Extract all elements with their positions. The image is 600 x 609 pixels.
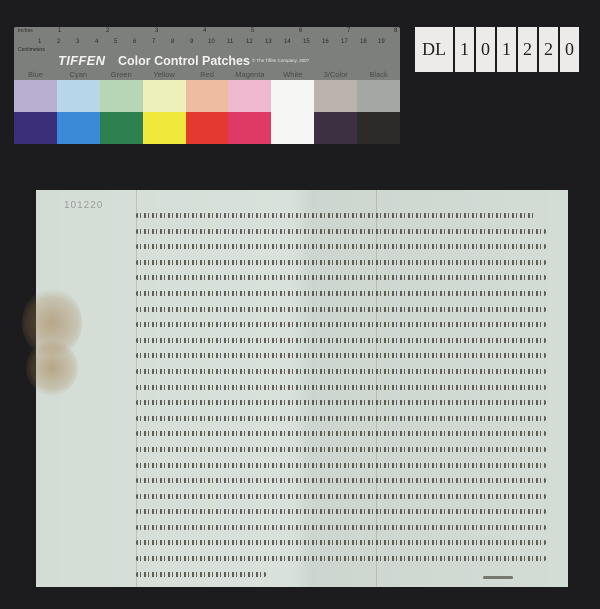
patch-3-color — [314, 80, 357, 144]
text-line — [136, 380, 561, 396]
patch-green — [100, 80, 143, 144]
patch-label: Magenta — [228, 70, 271, 80]
water-stain — [26, 340, 78, 396]
handwritten-text — [136, 208, 561, 582]
patch-label: Green — [100, 70, 143, 80]
id-prefix: DL — [415, 27, 453, 72]
patch-labels: Blue Cyan Green Yellow Red Magenta White… — [14, 70, 400, 80]
id-digit: 1 — [497, 27, 516, 72]
text-line — [136, 551, 561, 567]
text-line — [136, 489, 561, 505]
patch-yellow — [143, 80, 186, 144]
text-line — [136, 317, 561, 333]
card-title: Color Control Patches — [118, 54, 250, 68]
id-digit: 0 — [560, 27, 579, 72]
document-id-label: DL 1 0 1 2 2 0 — [415, 27, 581, 72]
text-line — [136, 239, 561, 255]
patch-blue — [14, 80, 57, 144]
id-digit: 1 — [455, 27, 474, 72]
text-line — [136, 208, 561, 224]
text-line — [136, 270, 561, 286]
id-digit: 0 — [476, 27, 495, 72]
ruler: Inches Centimeters 1 2 3 4 5 6 7 8 1 2 3… — [14, 27, 400, 55]
text-line — [136, 458, 561, 474]
ruler-inches-label: Inches — [18, 28, 33, 34]
card-copyright: © The Tiffen Company, 2007 — [252, 58, 309, 63]
text-line — [136, 473, 561, 489]
patch-black — [357, 80, 400, 144]
color-patches — [14, 80, 400, 144]
charter-parchment: 101220 — [36, 190, 568, 587]
text-line — [136, 255, 561, 271]
patch-label: Yellow — [143, 70, 186, 80]
patch-label: Cyan — [57, 70, 100, 80]
text-line — [136, 535, 561, 551]
color-control-card: Inches Centimeters 1 2 3 4 5 6 7 8 1 2 3… — [14, 27, 400, 144]
patch-cyan — [57, 80, 100, 144]
id-digit: 2 — [518, 27, 537, 72]
text-line — [136, 302, 561, 318]
text-line — [136, 395, 561, 411]
archive-number: 101220 — [64, 200, 103, 211]
text-line — [136, 364, 561, 380]
text-line — [136, 224, 561, 240]
ruler-cm-label: Centimeters — [18, 47, 45, 53]
id-digit: 2 — [539, 27, 558, 72]
text-line — [136, 442, 561, 458]
text-line — [136, 286, 561, 302]
patch-label: White — [271, 70, 314, 80]
patch-magenta — [228, 80, 271, 144]
text-line — [136, 411, 561, 427]
text-line — [136, 567, 561, 583]
text-line — [136, 426, 561, 442]
patch-label: Black — [357, 70, 400, 80]
patch-label: Blue — [14, 70, 57, 80]
text-line — [136, 504, 561, 520]
patch-white — [271, 80, 314, 144]
tiffen-logo: TIFFEN — [58, 53, 105, 68]
signature-mark — [483, 576, 513, 579]
text-line — [136, 333, 561, 349]
patch-label: Red — [186, 70, 229, 80]
text-line — [136, 348, 561, 364]
patch-red — [186, 80, 229, 144]
patch-label: 3/Color — [314, 70, 357, 80]
text-line — [136, 520, 561, 536]
